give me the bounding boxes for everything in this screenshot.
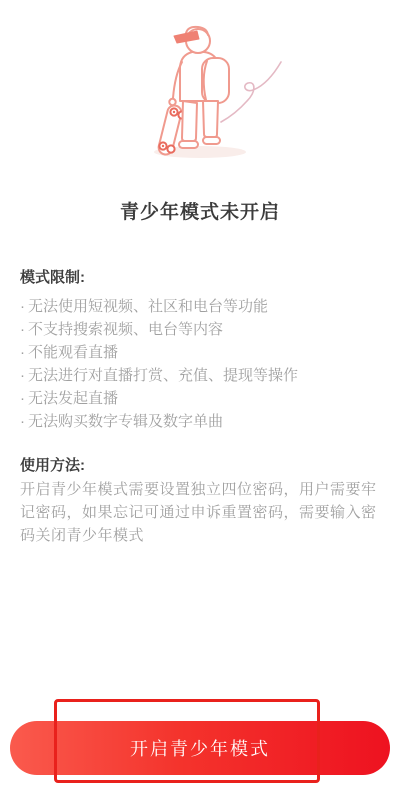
bullet-marker: ·: [20, 410, 25, 433]
usage-body: 开启青少年模式需要设置独立四位密码，用户需要牢记密码，如果忘记可通过申诉重置密码…: [20, 478, 384, 547]
bullet-marker: ·: [20, 387, 25, 410]
restriction-item: · 无法使用短视频、社区和电台等功能: [20, 295, 384, 318]
restriction-text: 无法发起直播: [28, 387, 118, 410]
bullet-marker: ·: [20, 364, 25, 387]
restriction-item: · 不支持搜索视频、电台等内容: [20, 318, 384, 341]
usage-section: 使用方法: 开启青少年模式需要设置独立四位密码，用户需要牢记密码，如果忘记可通过…: [20, 454, 384, 547]
restriction-item: · 无法购买数字专辑及数字单曲: [20, 410, 384, 433]
restriction-text: 不能观看直播: [28, 341, 118, 364]
restriction-text: 无法进行对直播打赏、充值、提现等操作: [28, 364, 298, 387]
restriction-item: · 无法进行对直播打赏、充值、提现等操作: [20, 364, 384, 387]
bullet-marker: ·: [20, 295, 25, 318]
restrictions-section: 模式限制: · 无法使用短视频、社区和电台等功能 · 不支持搜索视频、电台等内容…: [20, 266, 384, 433]
restriction-text: 无法购买数字专辑及数字单曲: [28, 410, 223, 433]
left-shoe: [179, 141, 198, 148]
teen-mode-screen: 青少年模式未开启 模式限制: · 无法使用短视频、社区和电台等功能 · 不支持搜…: [0, 0, 400, 789]
restriction-item: · 无法发起直播: [20, 387, 384, 410]
restriction-text: 不支持搜索视频、电台等内容: [28, 318, 223, 341]
restriction-item: · 不能观看直播: [20, 341, 384, 364]
left-leg: [182, 101, 197, 141]
bullet-marker: ·: [20, 341, 25, 364]
page-title: 青少年模式未开启: [0, 201, 400, 224]
enable-teen-mode-button[interactable]: 开启青少年模式: [10, 721, 390, 775]
hand: [169, 99, 175, 105]
right-leg: [203, 101, 218, 137]
restriction-text: 无法使用短视频、社区和电台等功能: [28, 295, 268, 318]
teen-with-skateboard-illustration: [0, 0, 400, 180]
restrictions-heading: 模式限制:: [20, 266, 384, 289]
content-area: 模式限制: · 无法使用短视频、社区和电台等功能 · 不支持搜索视频、电台等内容…: [20, 266, 384, 547]
right-shoe: [203, 137, 220, 144]
restriction-list: · 无法使用短视频、社区和电台等功能 · 不支持搜索视频、电台等内容 · 不能观…: [20, 295, 384, 433]
usage-heading: 使用方法:: [20, 454, 384, 477]
bullet-marker: ·: [20, 318, 25, 341]
